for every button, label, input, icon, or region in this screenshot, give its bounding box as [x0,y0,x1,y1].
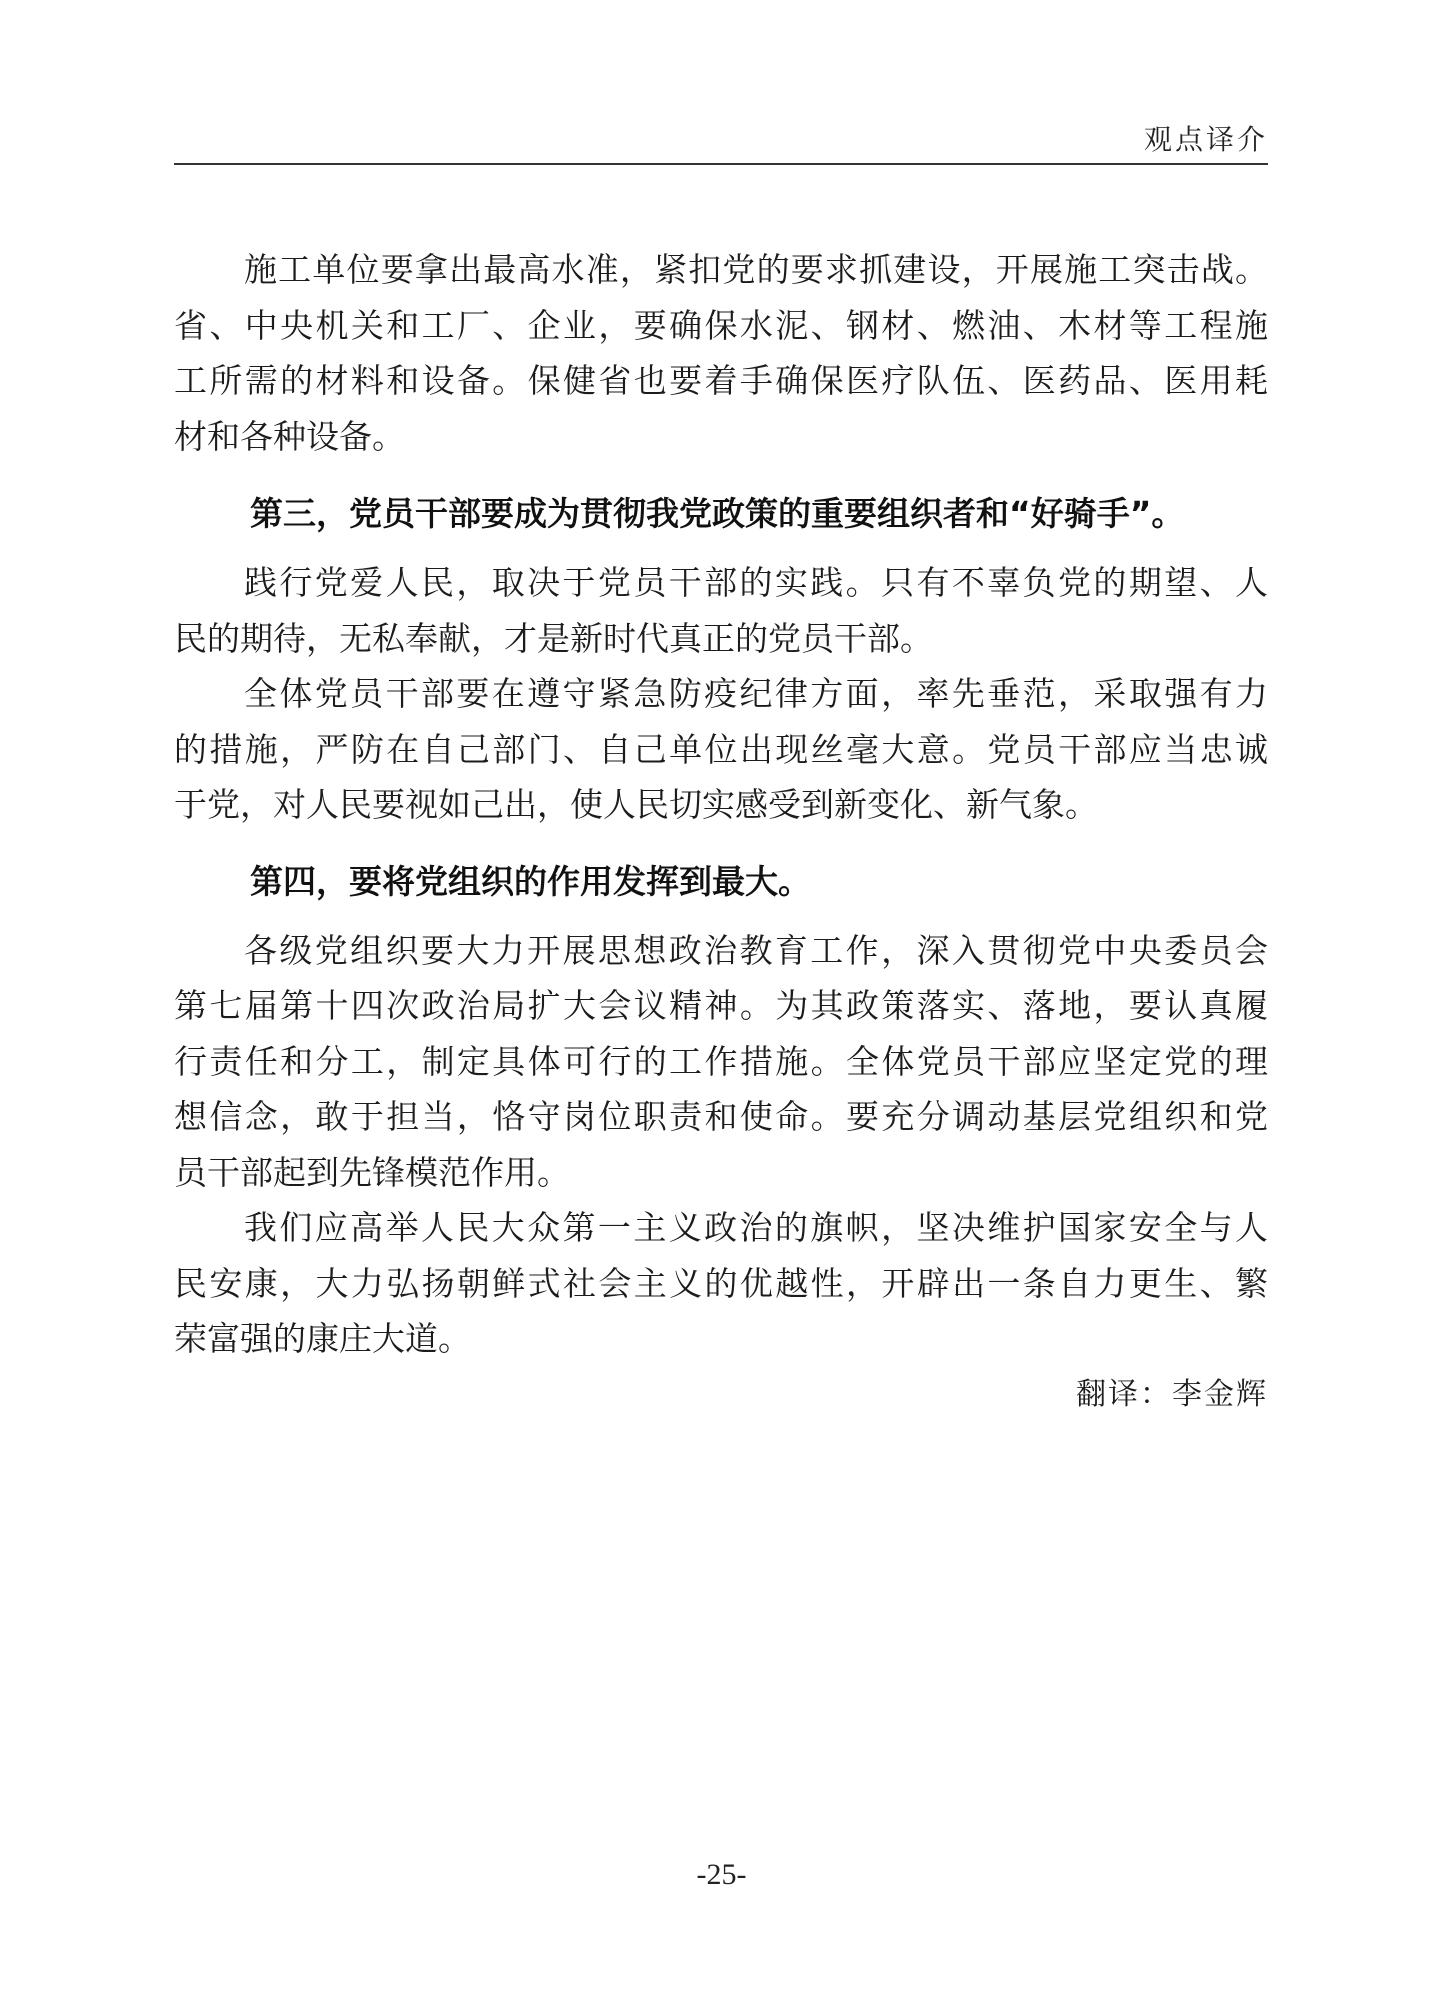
page-number: -25- [0,1855,1443,1895]
text-line: 践行党爱人民，取决于党员干部的实践。只有不辜负党的期望、人 [174,555,1268,611]
text-line: 全体党员干部要在遵守紧急防疫纪律方面，率先垂范，采取强有力 [174,666,1268,722]
text-line: 行责任和分工，制定具体可行的工作措施。全体党员干部应坚定党的理 [174,1034,1268,1090]
section-heading-third: 第三，党员干部要成为贯彻我党政策的重要组织者和“好骑手”。 [174,479,1268,549]
paragraph-3a: 践行党爱人民，取决于党员干部的实践。只有不辜负党的期望、人 民的期待，无私奉献，… [174,555,1268,666]
text-line: 施工单位要拿出最高水准，紧扣党的要求抓建设，开展施工突击战。 [174,242,1268,298]
text-line: 工所需的材料和设备。保健省也要着手确保医疗队伍、医药品、医用耗 [174,353,1268,409]
running-head-section-title: 观点译介 [174,118,1268,162]
text-line: 材和各种设备。 [174,409,1268,465]
text-line: 的措施，严防在自己部门、自己单位出现丝毫大意。党员干部应当忠诚 [174,722,1268,778]
text-line: 省、中央机关和工厂、企业，要确保水泥、钢材、燃油、木材等工程施 [174,298,1268,354]
paragraph-3b: 全体党员干部要在遵守紧急防疫纪律方面，率先垂范，采取强有力 的措施，严防在自己部… [174,666,1268,833]
text-line: 荣富强的康庄大道。 [174,1311,1268,1367]
text-line: 第七届第十四次政治局扩大会议精神。为其政策落实、落地，要认真履 [174,978,1268,1034]
paragraph-intro: 施工单位要拿出最高水准，紧扣党的要求抓建设，开展施工突击战。 省、中央机关和工厂… [174,242,1268,464]
text-line: 民的期待，无私奉献，才是新时代真正的党员干部。 [174,611,1268,667]
text-line: 员干部起到先锋模范作用。 [174,1145,1268,1201]
text-line: 我们应高举人民大众第一主义政治的旗帜，坚决维护国家安全与人 [174,1200,1268,1256]
article-body: 施工单位要拿出最高水准，紧扣党的要求抓建设，开展施工突击战。 省、中央机关和工厂… [174,242,1268,1423]
text-line: 各级党组织要大力开展思想政治教育工作，深入贯彻党中央委员会 [174,923,1268,979]
header-rule [174,163,1268,165]
translator-credit: 翻译：李金辉 [174,1367,1268,1423]
paragraph-4a: 各级党组织要大力开展思想政治教育工作，深入贯彻党中央委员会 第七届第十四次政治局… [174,923,1268,1201]
text-line: 民安康，大力弘扬朝鲜式社会主义的优越性，开辟出一条自力更生、繁 [174,1256,1268,1312]
paragraph-4b: 我们应高举人民大众第一主义政治的旗帜，坚决维护国家安全与人 民安康，大力弘扬朝鲜… [174,1200,1268,1367]
section-heading-fourth: 第四，要将党组织的作用发挥到最大。 [174,847,1268,917]
text-line: 想信念，敢于担当，恪守岗位职责和使命。要充分调动基层党组织和党 [174,1089,1268,1145]
text-line: 于党，对人民要视如己出，使人民切实感受到新变化、新气象。 [174,777,1268,833]
